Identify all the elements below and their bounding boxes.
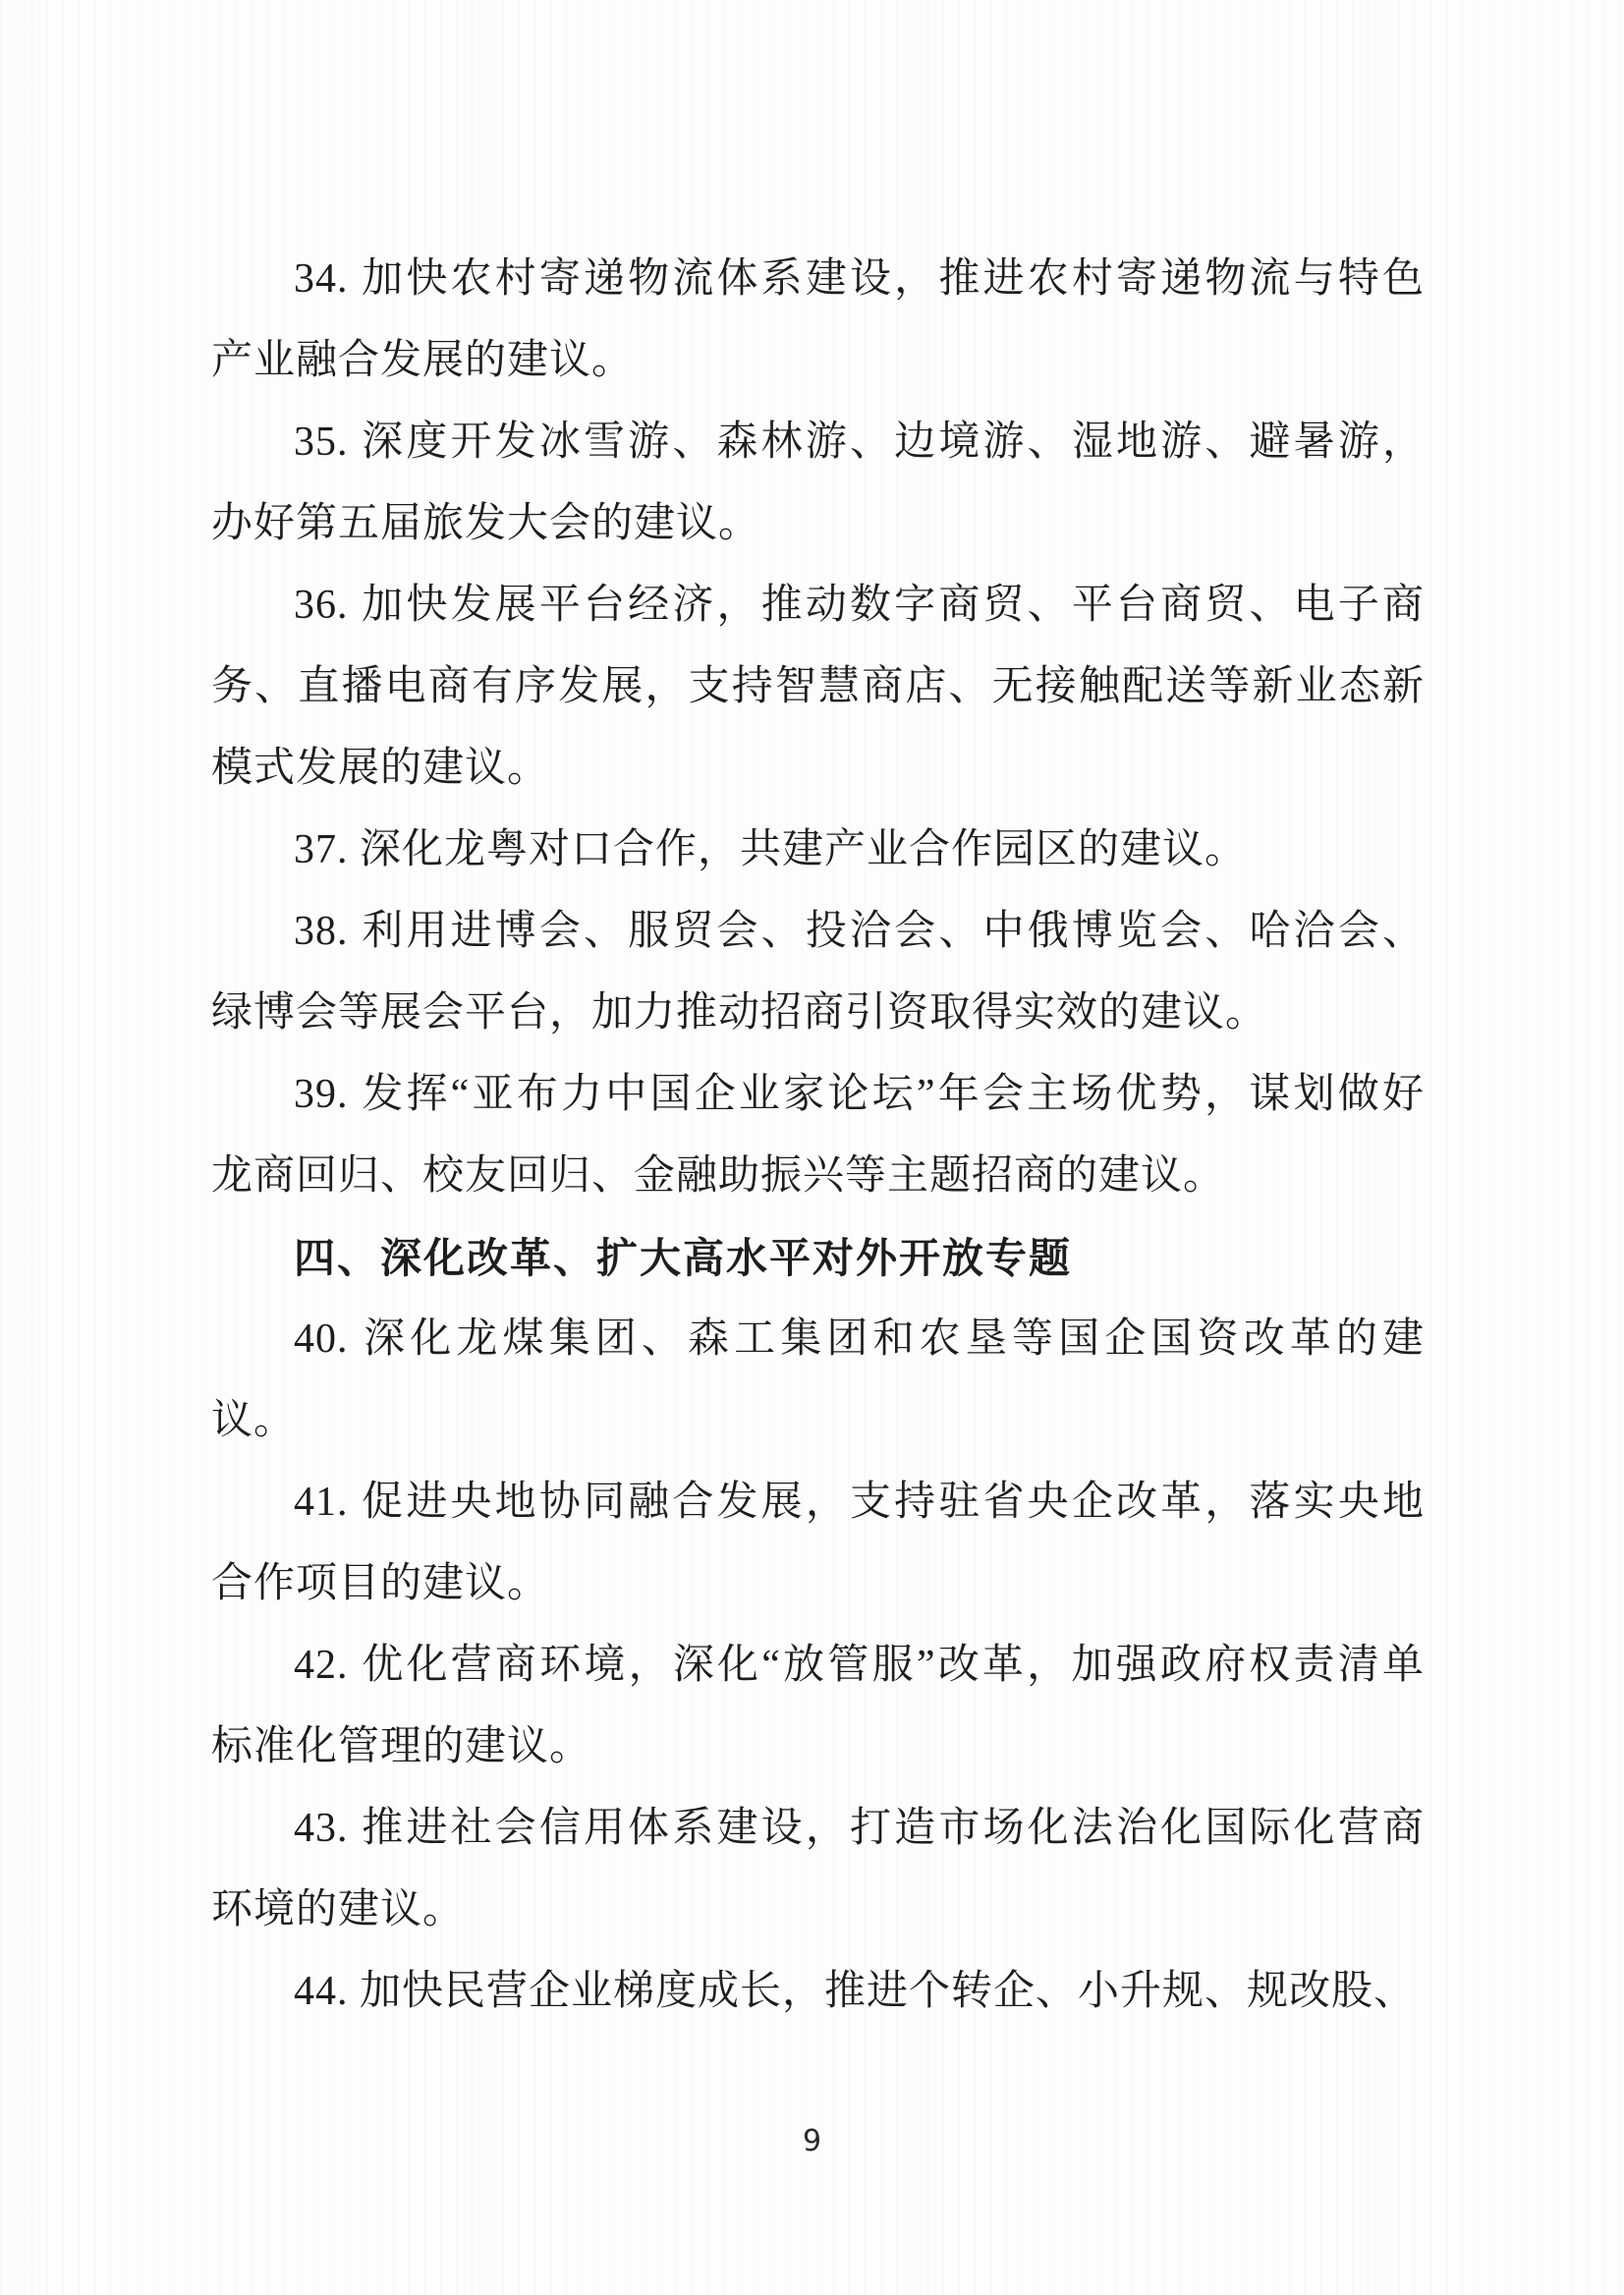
text-line: 34. 加快农村寄递物流体系建设，推进农村寄递物流与特色 <box>211 239 1425 320</box>
text-line: 42. 优化营商环境，深化“放管服”改革，加强政府权责清单 <box>211 1625 1425 1707</box>
list-item: 37. 深化龙粤对口合作，共建产业合作园区的建议。 <box>211 810 1425 891</box>
text-line: 44. 加快民营企业梯度成长，推进个转企、小升规、规改股、 <box>211 1951 1425 2033</box>
list-item: 42. 优化营商环境，深化“放管服”改革，加强政府权责清单标准化管理的建议。 <box>211 1625 1425 1788</box>
page-number: 9 <box>0 2124 1624 2158</box>
section-heading: 四、深化改革、扩大高水平对外开放专题 <box>211 1217 1425 1299</box>
text-line: 37. 深化龙粤对口合作，共建产业合作园区的建议。 <box>211 810 1425 891</box>
text-line: 议。 <box>211 1380 1425 1462</box>
text-line: 35. 深度开发冰雪游、森林游、边境游、湿地游、避暑游， <box>211 402 1425 483</box>
text-line: 43. 推进社会信用体系建设，打造市场化法治化国际化营商 <box>211 1788 1425 1870</box>
text-line: 合作项目的建议。 <box>211 1543 1425 1625</box>
list-item: 40. 深化龙煤集团、森工集团和农垦等国企国资改革的建议。 <box>211 1299 1425 1462</box>
list-item: 36. 加快发展平台经济，推动数字商贸、平台商贸、电子商务、直播电商有序发展，支… <box>211 565 1425 810</box>
document-body: 34. 加快农村寄递物流体系建设，推进农村寄递物流与特色产业融合发展的建议。35… <box>211 239 1425 2033</box>
text-line: 四、深化改革、扩大高水平对外开放专题 <box>211 1217 1425 1299</box>
list-item: 35. 深度开发冰雪游、森林游、边境游、湿地游、避暑游，办好第五届旅发大会的建议… <box>211 402 1425 565</box>
text-line: 办好第五届旅发大会的建议。 <box>211 483 1425 565</box>
text-line: 产业融合发展的建议。 <box>211 320 1425 402</box>
list-item: 34. 加快农村寄递物流体系建设，推进农村寄递物流与特色产业融合发展的建议。 <box>211 239 1425 402</box>
text-line: 40. 深化龙煤集团、森工集团和农垦等国企国资改革的建 <box>211 1299 1425 1380</box>
text-line: 绿博会等展会平台，加力推动招商引资取得实效的建议。 <box>211 973 1425 1054</box>
text-line: 36. 加快发展平台经济，推动数字商贸、平台商贸、电子商 <box>211 565 1425 646</box>
list-item: 44. 加快民营企业梯度成长，推进个转企、小升规、规改股、 <box>211 1951 1425 2033</box>
list-item: 41. 促进央地协同融合发展，支持驻省央企改革，落实央地合作项目的建议。 <box>211 1462 1425 1625</box>
text-line: 环境的建议。 <box>211 1870 1425 1951</box>
text-line: 标准化管理的建议。 <box>211 1707 1425 1788</box>
list-item: 39. 发挥“亚布力中国企业家论坛”年会主场优势，谋划做好龙商回归、校友回归、金… <box>211 1054 1425 1217</box>
text-line: 38. 利用进博会、服贸会、投洽会、中俄博览会、哈洽会、 <box>211 891 1425 973</box>
list-item: 38. 利用进博会、服贸会、投洽会、中俄博览会、哈洽会、绿博会等展会平台，加力推… <box>211 891 1425 1054</box>
text-line: 模式发展的建议。 <box>211 728 1425 810</box>
text-line: 龙商回归、校友回归、金融助振兴等主题招商的建议。 <box>211 1136 1425 1217</box>
text-line: 41. 促进央地协同融合发展，支持驻省央企改革，落实央地 <box>211 1462 1425 1543</box>
text-line: 39. 发挥“亚布力中国企业家论坛”年会主场优势，谋划做好 <box>211 1054 1425 1136</box>
list-item: 43. 推进社会信用体系建设，打造市场化法治化国际化营商环境的建议。 <box>211 1788 1425 1951</box>
text-line: 务、直播电商有序发展，支持智慧商店、无接触配送等新业态新 <box>211 646 1425 728</box>
